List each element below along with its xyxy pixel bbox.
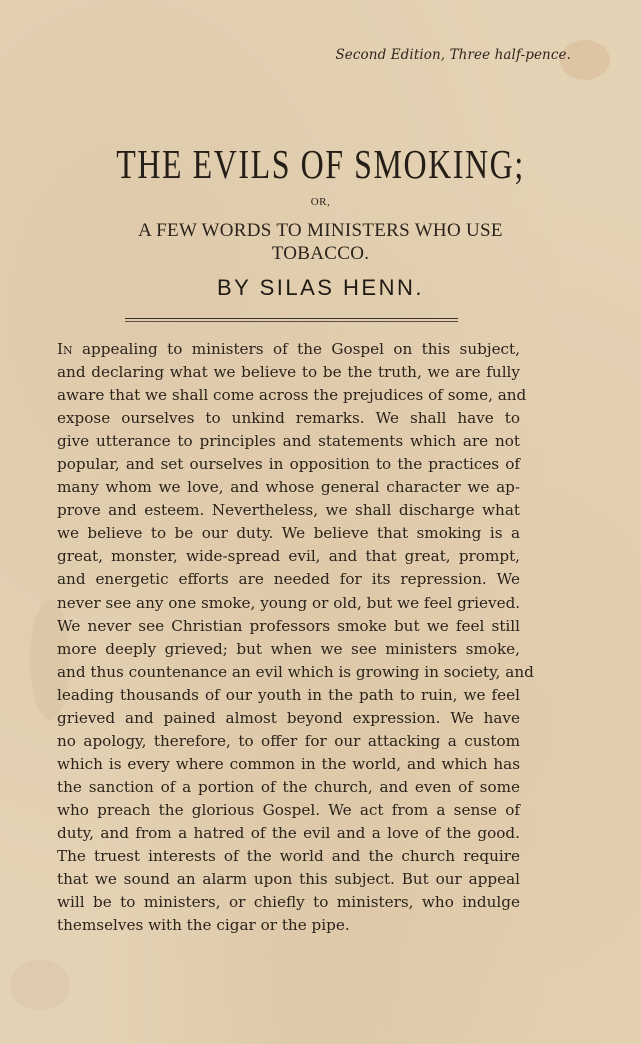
body-line: we believe to be our duty. We believe th… [57, 522, 520, 545]
body-line: and thus countenance an evil which is gr… [57, 661, 520, 684]
body-line: will be to ministers, or chiefly to mini… [57, 891, 520, 914]
subtitle-line-1: A FEW WORDS TO MINISTERS WHO USE [0, 219, 641, 242]
body-line: give utterance to principles and stateme… [57, 430, 520, 453]
body-line: In appealing to ministers of the Gospel … [57, 338, 520, 361]
dropcap-word: In [57, 340, 73, 358]
body-line: popular, and set ourselves in opposition… [57, 453, 520, 476]
body-line: We never see Christian professors smoke … [57, 615, 520, 638]
body-line: never see any one smoke, young or old, b… [57, 592, 520, 615]
document-subtitle: A FEW WORDS TO MINISTERS WHO USE TOBACCO… [0, 219, 641, 265]
body-line: themselves with the cigar or the pipe. [57, 914, 520, 937]
document-title: THE EVILS OF SMOKING; [71, 140, 571, 188]
body-line: which is every where common in the world… [57, 753, 520, 776]
title-conjunction: OR, [0, 196, 641, 208]
body-line: leading thousands of our youth in the pa… [57, 684, 520, 707]
body-line: more deeply grieved; but when we see min… [57, 638, 520, 661]
body-line: prove and esteem. Nevertheless, we shall… [57, 499, 520, 522]
body-line: aware that we shall come across the prej… [57, 384, 520, 407]
body-line: and declaring what we believe to be the … [57, 361, 520, 384]
body-line: that we sound an alarm upon this subject… [57, 868, 520, 891]
body-line: great, monster, wide-spread evil, and th… [57, 545, 520, 568]
body-line: who preach the glorious Gospel. We act f… [57, 799, 520, 822]
author-byline: BY SILAS HENN. [0, 275, 641, 301]
body-line: duty, and from a hatred of the evil and … [57, 822, 520, 845]
double-rule-divider [125, 318, 458, 322]
body-line: The truest interests of the world and th… [57, 845, 520, 868]
edition-note: Second Edition, Three half-pence. [335, 47, 571, 63]
body-paragraph: In appealing to ministers of the Gospel … [57, 338, 520, 937]
document-page: Second Edition, Three half-pence. THE EV… [0, 0, 641, 1044]
body-line: expose ourselves to unkind remarks. We s… [57, 407, 520, 430]
body-line: no apology, therefore, to offer for our … [57, 730, 520, 753]
body-line: the sanction of a portion of the church,… [57, 776, 520, 799]
subtitle-line-2: TOBACCO. [0, 242, 641, 265]
body-line: grieved and pained almost beyond express… [57, 707, 520, 730]
body-line: many whom we love, and whose general cha… [57, 476, 520, 499]
body-line: and energetic efforts are needed for its… [57, 568, 520, 591]
paper-stain [10, 960, 70, 1010]
